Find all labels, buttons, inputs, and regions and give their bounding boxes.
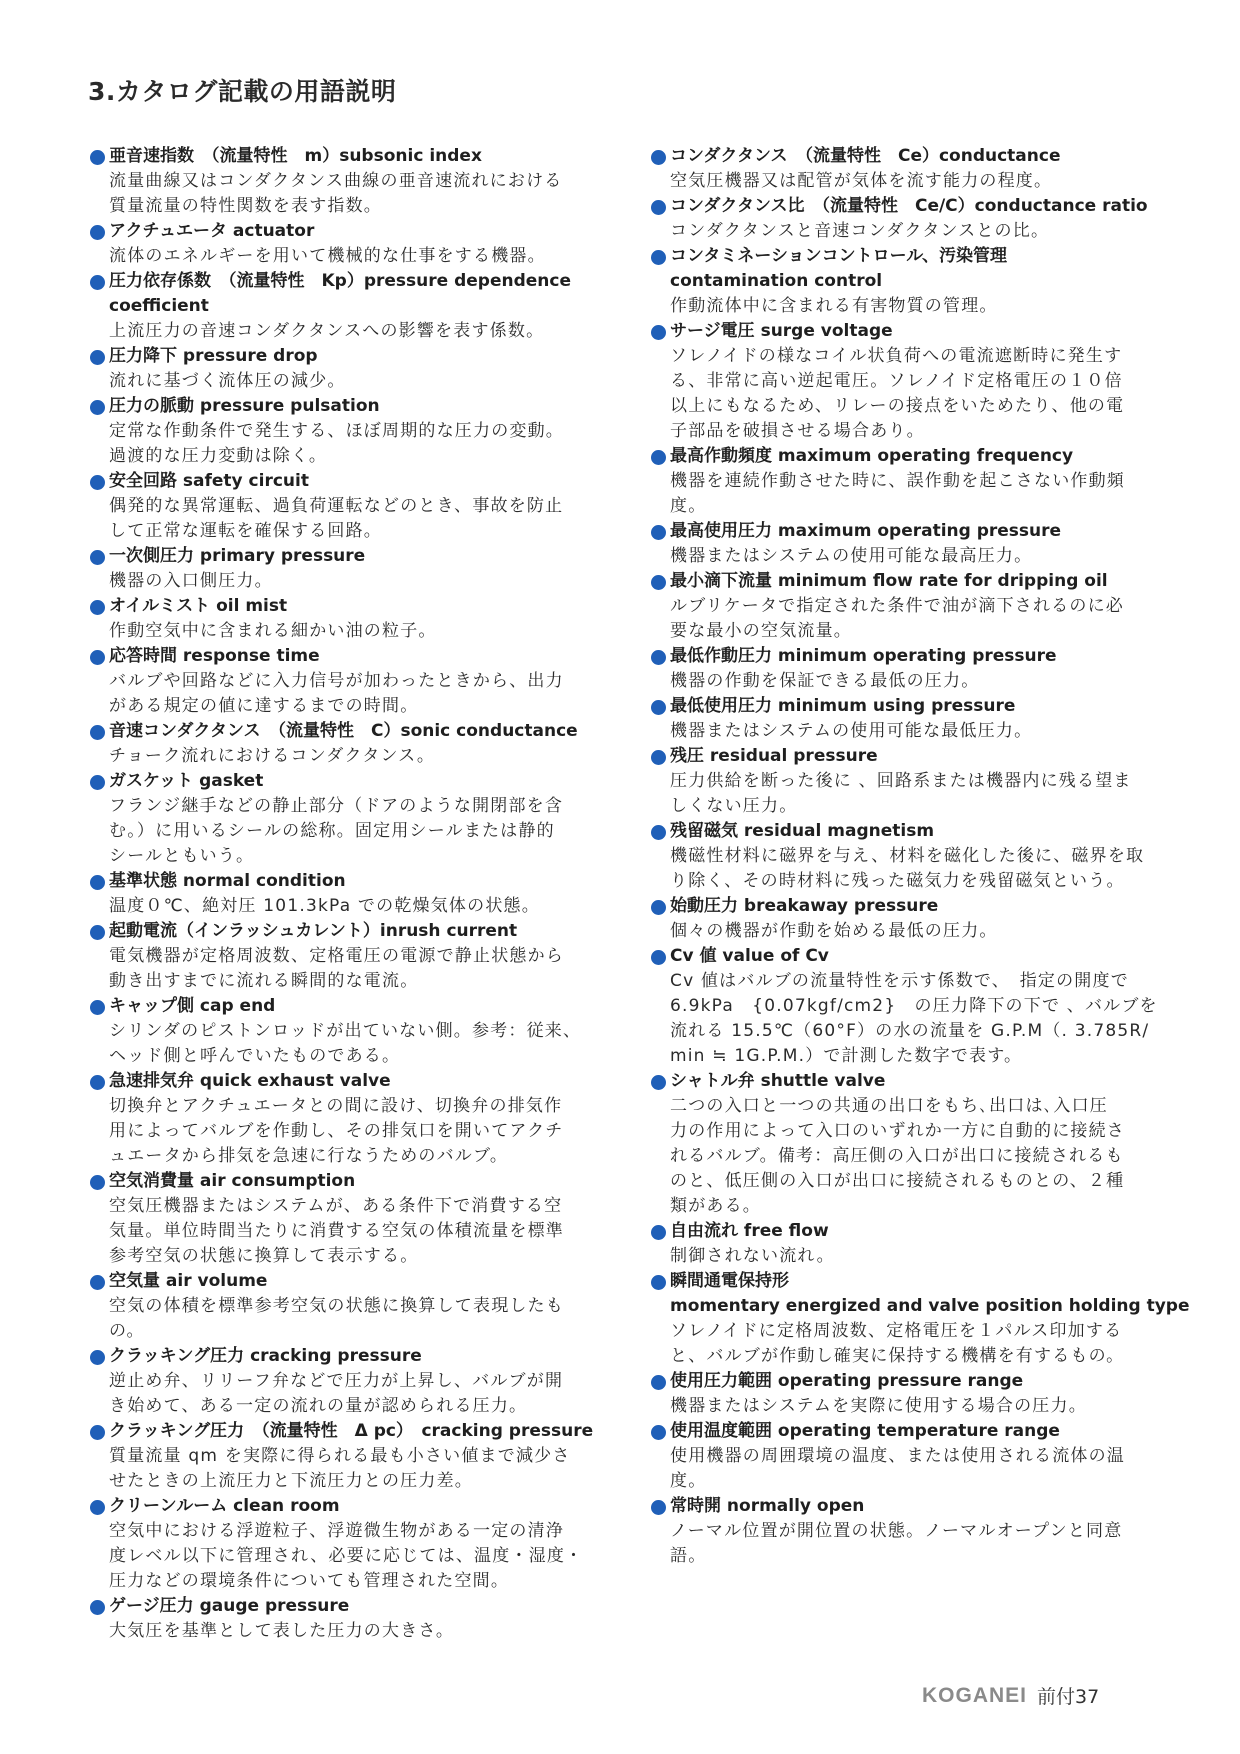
glossary-term: クリーンルーム clean room — [90, 1494, 610, 1519]
bullet-icon — [651, 1375, 666, 1390]
glossary-term: コンダクタンス比 （流量特性 Ce/C）conductance ratio — [651, 194, 1171, 219]
bullet-icon — [651, 325, 666, 340]
description-line: 切換弁とアクチュエータとの間に設け、切換弁の排気作 — [109, 1094, 610, 1119]
description-line: 質量流量の特性関数を表す指数。 — [109, 194, 610, 219]
description-line: 温度０℃、絶対圧 101.3kPa での乾燥気体の状態。 — [109, 894, 610, 919]
glossary-term: 起動電流（インラッシュカレント）inrush current — [90, 919, 610, 944]
glossary-entry: 使用圧力範囲 operating pressure range機器またはシステム… — [651, 1369, 1171, 1419]
term-label: 自由流れ free flow — [670, 1221, 829, 1241]
bullet-icon — [651, 200, 666, 215]
glossary-entry: キャップ側 cap endシリンダのピストンロッドが出ていない側。参考：従来、ヘ… — [90, 994, 610, 1069]
bullet-icon — [90, 475, 105, 490]
bullet-icon — [651, 525, 666, 540]
glossary-entry: コンダクタンス （流量特性 Ce）conductance空気圧機器又は配管が気体… — [651, 144, 1171, 194]
bullet-icon — [651, 1425, 666, 1440]
description-line: 作動流体中に含まれる有害物質の管理。 — [670, 294, 1171, 319]
term-label: 最低作動圧力 minimum operating pressure — [670, 646, 1057, 666]
description-line: 偶発的な異常運転、過負荷運転などのとき、事故を防止 — [109, 494, 610, 519]
glossary-description: 偶発的な異常運転、過負荷運転などのとき、事故を防止して正常な運転を確保する回路。 — [90, 494, 610, 544]
glossary-description: ルブリケータで指定された条件で油が滴下されるのに必要な最小の空気流量。 — [651, 594, 1171, 644]
glossary-entry: サージ電圧 surge voltageソレノイドの様なコイル状負荷への電流遮断時… — [651, 319, 1171, 444]
glossary-term: クラッキング圧力 cracking pressure — [90, 1344, 610, 1369]
term-label: オイルミスト oil mist — [109, 596, 287, 616]
description-line: 度。 — [670, 494, 1171, 519]
description-line: 質量流量 qm を実際に得られる最も小さい値まで減少さ — [109, 1444, 610, 1469]
description-line: 機器またはシステムの使用可能な最高圧力。 — [670, 544, 1171, 569]
description-line: ソレノイドの様なコイル状負荷への電流遮断時に発生す — [670, 344, 1171, 369]
bullet-icon — [651, 950, 666, 965]
bullet-icon — [651, 250, 666, 265]
glossary-description: 質量流量 qm を実際に得られる最も小さい値まで減少させたときの上流圧力と下流圧… — [90, 1444, 610, 1494]
glossary-term: 使用圧力範囲 operating pressure range — [651, 1369, 1171, 1394]
glossary-entry: 始動圧力 breakaway pressure個々の機器が作動を始める最低の圧力… — [651, 894, 1171, 944]
glossary-description: 空気圧機器又は配管が気体を流す能力の程度。 — [651, 169, 1171, 194]
bullet-icon — [90, 875, 105, 890]
glossary-description: 空気圧機器またはシステムが、ある条件下で消費する空気量。単位時間当たりに消費する… — [90, 1194, 610, 1269]
description-line: 気量。単位時間当たりに消費する空気の体積流量を標準 — [109, 1219, 610, 1244]
description-line: シリンダのピストンロッドが出ていない側。参考：従来、 — [109, 1019, 610, 1044]
bullet-icon — [90, 1425, 105, 1440]
bullet-icon — [651, 450, 666, 465]
glossary-term: シャトル弁 shuttle valve — [651, 1069, 1171, 1094]
glossary-entry: 圧力降下 pressure drop流れに基づく流体圧の減少。 — [90, 344, 610, 394]
description-line: 流量曲線又はコンダクタンス曲線の亜音速流れにおける — [109, 169, 610, 194]
glossary-term: 自由流れ free flow — [651, 1219, 1171, 1244]
glossary-description: 流体のエネルギーを用いて機械的な仕事をする機器。 — [90, 244, 610, 269]
glossary-entry: 残留磁気 residual magnetism機磁性材料に磁界を与え、材料を磁化… — [651, 819, 1171, 894]
glossary-description: ソレノイドに定格周波数、定格電圧を１パルス印加すると、バルブが作動し確実に保持す… — [651, 1319, 1171, 1369]
bullet-icon — [90, 725, 105, 740]
term-label: コンダクタンス比 （流量特性 Ce/C）conductance ratio — [670, 196, 1148, 216]
glossary-description: 空気の体積を標準参考空気の状態に換算して表現したもの。 — [90, 1294, 610, 1344]
page-title: 3.カタログ記載の用語説明 — [88, 72, 396, 108]
glossary-term: 安全回路 safety circuit — [90, 469, 610, 494]
term-label: クラッキング圧力 （流量特性 Δ pc） cracking pressure — [109, 1421, 593, 1441]
term-label: クリーンルーム clean room — [109, 1496, 340, 1516]
description-line: せたときの上流圧力と下流圧力との圧力差。 — [109, 1469, 610, 1494]
term-label: 基準状態 normal condition — [109, 871, 346, 891]
glossary-description: シリンダのピストンロッドが出ていない側。参考：従来、ヘッド側と呼んでいたものであ… — [90, 1019, 610, 1069]
description-line: のと、低圧側の入口が出口に接続されるものとの、２種 — [670, 1169, 1171, 1194]
term-label: 最高使用圧力 maximum operating pressure — [670, 521, 1061, 541]
bullet-icon — [651, 900, 666, 915]
glossary-entry: 起動電流（インラッシュカレント）inrush current電気機器が定格周波数… — [90, 919, 610, 994]
glossary-entry: 自由流れ free flow制御されない流れ。 — [651, 1219, 1171, 1269]
term-label: アクチュエータ actuator — [109, 221, 314, 241]
page-number: 前付37 — [1037, 1682, 1099, 1709]
description-line: チョーク流れにおけるコンダクタンス。 — [109, 744, 610, 769]
description-line: 参考空気の状態に換算して表示する。 — [109, 1244, 610, 1269]
description-line: 機器を連続作動させた時に、誤作動を起こさない作動頻 — [670, 469, 1171, 494]
bullet-icon — [651, 700, 666, 715]
description-line: 機器の入口側圧力。 — [109, 569, 610, 594]
term-label: 亜音速指数 （流量特性 m）subsonic index — [109, 146, 482, 166]
glossary-term: コンタミネーションコントロール、汚染管理 — [651, 244, 1171, 269]
glossary-entry: Cv 値 value of CvCv 値はバルブの流量特性を示す係数で、 指定の… — [651, 944, 1171, 1069]
glossary-entry: ガスケット gasketフランジ継手などの静止部分（ドアのような開閉部を含む。）… — [90, 769, 610, 869]
description-line: 空気圧機器又は配管が気体を流す能力の程度。 — [670, 169, 1171, 194]
description-line: コンダクタンスと音速コンダクタンスとの比。 — [670, 219, 1171, 244]
glossary-entry: 瞬間通電保持形momentary energized and valve pos… — [651, 1269, 1171, 1369]
description-line: シールともいう。 — [109, 844, 610, 869]
description-line: 空気圧機器またはシステムが、ある条件下で消費する空 — [109, 1194, 610, 1219]
glossary-description: 制御されない流れ。 — [651, 1244, 1171, 1269]
description-line: の。 — [109, 1319, 610, 1344]
glossary-description: 二つの入口と一つの共通の出口をもち､出口は､入口圧力の作用によって入口のいずれか… — [651, 1094, 1171, 1219]
bullet-icon — [90, 1275, 105, 1290]
term-label: 起動電流（インラッシュカレント）inrush current — [109, 921, 517, 941]
glossary-description: 上流圧力の音速コンダクタンスへの影響を表す係数。 — [90, 319, 610, 344]
description-line: 用によってバルブを作動し、その排気口を開いてアクチ — [109, 1119, 610, 1144]
bullet-icon — [651, 825, 666, 840]
description-line: 大気圧を基準として表した圧力の大きさ。 — [109, 1619, 610, 1644]
description-line: る、非常に高い逆起電圧。ソレノイド定格電圧の１０倍 — [670, 369, 1171, 394]
glossary-description: 機器またはシステムの使用可能な最高圧力。 — [651, 544, 1171, 569]
glossary-entry: 安全回路 safety circuit偶発的な異常運転、過負荷運転などのとき、事… — [90, 469, 610, 544]
description-line: して正常な運転を確保する回路。 — [109, 519, 610, 544]
description-line: 逆止め弁、リリーフ弁などで圧力が上昇し、バルブが開 — [109, 1369, 610, 1394]
term-label: 一次側圧力 primary pressure — [109, 546, 365, 566]
glossary-term: 応答時間 response time — [90, 644, 610, 669]
description-line: 作動空気中に含まれる細かい油の粒子。 — [109, 619, 610, 644]
glossary-entry: 最低作動圧力 minimum operating pressure機器の作動を保… — [651, 644, 1171, 694]
glossary-description: Cv 値はバルブの流量特性を示す係数で、 指定の開度で6.9kPa {0.07k… — [651, 969, 1171, 1069]
term-label: 圧力依存係数 （流量特性 Kp）pressure dependence — [109, 271, 571, 291]
glossary-entry: 空気量 air volume空気の体積を標準参考空気の状態に換算して表現したもの… — [90, 1269, 610, 1344]
koganei-logo: KOGANEI — [922, 1684, 1027, 1708]
glossary-description: 電気機器が定格周波数、定格電圧の電源で静止状態から動き出すまでに流れる瞬間的な電… — [90, 944, 610, 994]
term-label: 圧力の脈動 pressure pulsation — [109, 396, 380, 416]
term-label: 安全回路 safety circuit — [109, 471, 309, 491]
glossary-right-column: コンダクタンス （流量特性 Ce）conductance空気圧機器又は配管が気体… — [651, 144, 1171, 1569]
bullet-icon — [90, 1175, 105, 1190]
glossary-term: クラッキング圧力 （流量特性 Δ pc） cracking pressure — [90, 1419, 610, 1444]
glossary-entry: 急速排気弁 quick exhaust valve切換弁とアクチュエータとの間に… — [90, 1069, 610, 1169]
bullet-icon — [651, 1075, 666, 1090]
term-label: 残圧 residual pressure — [670, 746, 878, 766]
glossary-description: 機器またはシステムを実際に使用する場合の圧力。 — [651, 1394, 1171, 1419]
glossary-entry: 最高使用圧力 maximum operating pressure機器またはシス… — [651, 519, 1171, 569]
description-line: 度。 — [670, 1469, 1171, 1494]
description-line: 上流圧力の音速コンダクタンスへの影響を表す係数。 — [109, 319, 610, 344]
glossary-description: 使用機器の周囲環境の温度、または使用される流体の温度。 — [651, 1444, 1171, 1494]
glossary-term: 最高作動頻度 maximum operating frequency — [651, 444, 1171, 469]
glossary-description: 機器を連続作動させた時に、誤作動を起こさない作動頻度。 — [651, 469, 1171, 519]
bullet-icon — [90, 1600, 105, 1615]
description-line: 機磁性材料に磁界を与え、材料を磁化した後に、磁界を取 — [670, 844, 1171, 869]
glossary-term: 圧力降下 pressure drop — [90, 344, 610, 369]
term-label: 最小滴下流量 minimum flow rate for dripping oi… — [670, 571, 1108, 591]
term-label: ゲージ圧力 gauge pressure — [109, 1596, 349, 1616]
term-label: サージ電圧 surge voltage — [670, 321, 893, 341]
description-line: 力の作用によって入口のいずれか一方に自動的に接続さ — [670, 1119, 1171, 1144]
term-label: 瞬間通電保持形 — [670, 1271, 789, 1291]
bullet-icon — [651, 750, 666, 765]
glossary-term: コンダクタンス （流量特性 Ce）conductance — [651, 144, 1171, 169]
description-line: 定常な作動条件で発生する、ほぼ周期的な圧力の変動。 — [109, 419, 610, 444]
description-line: り除く、その時材料に残った磁気力を残留磁気という。 — [670, 869, 1171, 894]
glossary-description: コンダクタンスと音速コンダクタンスとの比。 — [651, 219, 1171, 244]
bullet-icon — [651, 575, 666, 590]
term-label: Cv 値 value of Cv — [670, 946, 829, 966]
bullet-icon — [90, 150, 105, 165]
glossary-term: 最低使用圧力 minimum using pressure — [651, 694, 1171, 719]
glossary-term: サージ電圧 surge voltage — [651, 319, 1171, 344]
term-label: 最低使用圧力 minimum using pressure — [670, 696, 1015, 716]
glossary-entry: コンタミネーションコントロール、汚染管理contamination contro… — [651, 244, 1171, 319]
description-line: れるバルブ。備考：高圧側の入口が出口に接続されるも — [670, 1144, 1171, 1169]
description-line: Cv 値はバルブの流量特性を示す係数で、 指定の開度で — [670, 969, 1171, 994]
glossary-entry: 亜音速指数 （流量特性 m）subsonic index流量曲線又はコンダクタン… — [90, 144, 610, 219]
description-line: ュエータから排気を急速に行なうためのバルブ。 — [109, 1144, 610, 1169]
glossary-description: 機器の作動を保証できる最低の圧力。 — [651, 669, 1171, 694]
description-line: がある規定の値に達するまでの時間。 — [109, 694, 610, 719]
glossary-description: ソレノイドの様なコイル状負荷への電流遮断時に発生する、非常に高い逆起電圧。ソレノ… — [651, 344, 1171, 444]
glossary-entry: 最低使用圧力 minimum using pressure機器またはシステムの使… — [651, 694, 1171, 744]
glossary-term: 急速排気弁 quick exhaust valve — [90, 1069, 610, 1094]
glossary-description: 温度０℃、絶対圧 101.3kPa での乾燥気体の状態。 — [90, 894, 610, 919]
glossary-term: 圧力の脈動 pressure pulsation — [90, 394, 610, 419]
glossary-description: 切換弁とアクチュエータとの間に設け、切換弁の排気作用によってバルブを作動し、その… — [90, 1094, 610, 1169]
bullet-icon — [90, 275, 105, 290]
description-line: き始めて、ある一定の流れの量が認められる圧力。 — [109, 1394, 610, 1419]
description-line: 機器またはシステムの使用可能な最低圧力。 — [670, 719, 1171, 744]
description-line: 個々の機器が作動を始める最低の圧力。 — [670, 919, 1171, 944]
glossary-term: 空気消費量 air consumption — [90, 1169, 610, 1194]
bullet-icon — [90, 1350, 105, 1365]
description-line: min ≒ 1G.P.M.）で計測した数字で表す。 — [670, 1044, 1171, 1069]
glossary-term: 最高使用圧力 maximum operating pressure — [651, 519, 1171, 544]
glossary-description: 個々の機器が作動を始める最低の圧力。 — [651, 919, 1171, 944]
glossary-entry: コンダクタンス比 （流量特性 Ce/C）conductance ratioコンダ… — [651, 194, 1171, 244]
bullet-icon — [90, 1000, 105, 1015]
glossary-description: 定常な作動条件で発生する、ほぼ周期的な圧力の変動。過渡的な圧力変動は除く。 — [90, 419, 610, 469]
description-line: 6.9kPa {0.07kgf/cm2} の圧力降下の下で 、バルブを — [670, 994, 1171, 1019]
bullet-icon — [651, 1500, 666, 1515]
glossary-term: 始動圧力 breakaway pressure — [651, 894, 1171, 919]
description-line: 空気の体積を標準参考空気の状態に換算して表現したも — [109, 1294, 610, 1319]
glossary-term: 最低作動圧力 minimum operating pressure — [651, 644, 1171, 669]
bullet-icon — [90, 225, 105, 240]
term-label: 残留磁気 residual magnetism — [670, 821, 934, 841]
description-line: 流れに基づく流体圧の減少。 — [109, 369, 610, 394]
bullet-icon — [651, 650, 666, 665]
glossary-entry: シャトル弁 shuttle valve二つの入口と一つの共通の出口をもち､出口は… — [651, 1069, 1171, 1219]
description-line: む。）に用いるシールの総称。固定用シールまたは静的 — [109, 819, 610, 844]
description-line: 電気機器が定格周波数、定格電圧の電源で静止状態から — [109, 944, 610, 969]
term-label: 急速排気弁 quick exhaust valve — [109, 1071, 391, 1091]
term-label: 空気消費量 air consumption — [109, 1171, 355, 1191]
term-label: キャップ側 cap end — [109, 996, 275, 1016]
glossary-description: 機磁性材料に磁界を与え、材料を磁化した後に、磁界を取り除く、その時材料に残った磁… — [651, 844, 1171, 894]
description-line: ソレノイドに定格周波数、定格電圧を１パルス印加する — [670, 1319, 1171, 1344]
glossary-entry: 圧力の脈動 pressure pulsation定常な作動条件で発生する、ほぼ周… — [90, 394, 610, 469]
description-line: ルブリケータで指定された条件で油が滴下されるのに必 — [670, 594, 1171, 619]
description-line: 使用機器の周囲環境の温度、または使用される流体の温 — [670, 1444, 1171, 1469]
page-footer: KOGANEI 前付37 — [922, 1682, 1099, 1709]
description-line: 流れる 15.5℃（60°F）の水の流量を G.P.M（. 3.785R/ — [670, 1019, 1171, 1044]
description-line: 二つの入口と一つの共通の出口をもち､出口は､入口圧 — [670, 1094, 1171, 1119]
glossary-entry: 空気消費量 air consumption空気圧機器またはシステムが、ある条件下… — [90, 1169, 610, 1269]
glossary-term-continued: coefficient — [90, 294, 610, 319]
description-line: ノーマル位置が開位置の状態。ノーマルオープンと同意 — [670, 1519, 1171, 1544]
glossary-term-continued: contamination control — [651, 269, 1171, 294]
glossary-description: バルブや回路などに入力信号が加わったときから、出力がある規定の値に達するまでの時… — [90, 669, 610, 719]
description-line: 流体のエネルギーを用いて機械的な仕事をする機器。 — [109, 244, 610, 269]
glossary-entry: 最高作動頻度 maximum operating frequency機器を連続作… — [651, 444, 1171, 519]
description-line: 類がある。 — [670, 1194, 1171, 1219]
description-line: 要な最小の空気流量。 — [670, 619, 1171, 644]
glossary-term: 基準状態 normal condition — [90, 869, 610, 894]
glossary-entry: 応答時間 response timeバルブや回路などに入力信号が加わったときから… — [90, 644, 610, 719]
bullet-icon — [651, 1275, 666, 1290]
glossary-description: 空気中における浮遊粒子、浮遊微生物がある一定の清浄度レベル以下に管理され、必要に… — [90, 1519, 610, 1594]
glossary-term-continued: momentary energized and valve position h… — [651, 1294, 1171, 1319]
description-line: バルブや回路などに入力信号が加わったときから、出力 — [109, 669, 610, 694]
description-line: 圧力供給を断った後に 、回路系または機器内に残る望ま — [670, 769, 1171, 794]
bullet-icon — [90, 1500, 105, 1515]
glossary-term: 瞬間通電保持形 — [651, 1269, 1171, 1294]
glossary-description: ノーマル位置が開位置の状態。ノーマルオープンと同意語。 — [651, 1519, 1171, 1569]
glossary-description: 流れに基づく流体圧の減少。 — [90, 369, 610, 394]
glossary-term: 一次側圧力 primary pressure — [90, 544, 610, 569]
glossary-term: 最小滴下流量 minimum flow rate for dripping oi… — [651, 569, 1171, 594]
glossary-entry: オイルミスト oil mist作動空気中に含まれる細かい油の粒子。 — [90, 594, 610, 644]
bullet-icon — [90, 400, 105, 415]
term-label: 応答時間 response time — [109, 646, 320, 666]
bullet-icon — [90, 775, 105, 790]
glossary-entry: 基準状態 normal condition温度０℃、絶対圧 101.3kPa で… — [90, 869, 610, 919]
bullet-icon — [651, 1225, 666, 1240]
glossary-entry: 一次側圧力 primary pressure機器の入口側圧力。 — [90, 544, 610, 594]
glossary-entry: 常時開 normally openノーマル位置が開位置の状態。ノーマルオープンと… — [651, 1494, 1171, 1569]
bullet-icon — [90, 550, 105, 565]
bullet-icon — [90, 350, 105, 365]
glossary-entry: 音速コンダクタンス （流量特性 C）sonic conductanceチョーク流… — [90, 719, 610, 769]
glossary-term: 音速コンダクタンス （流量特性 C）sonic conductance — [90, 719, 610, 744]
glossary-description: 大気圧を基準として表した圧力の大きさ。 — [90, 1619, 610, 1644]
glossary-description: フランジ継手などの静止部分（ドアのような開閉部を含む。）に用いるシールの総称。固… — [90, 794, 610, 869]
glossary-term: アクチュエータ actuator — [90, 219, 610, 244]
glossary-description: 作動空気中に含まれる細かい油の粒子。 — [90, 619, 610, 644]
glossary-description: 流量曲線又はコンダクタンス曲線の亜音速流れにおける質量流量の特性関数を表す指数。 — [90, 169, 610, 219]
bullet-icon — [90, 925, 105, 940]
description-line: 度レベル以下に管理され、必要に応じては、温度・湿度・ — [109, 1544, 610, 1569]
glossary-term: 空気量 air volume — [90, 1269, 610, 1294]
glossary-term: 常時開 normally open — [651, 1494, 1171, 1519]
term-label: コンタミネーションコントロール、汚染管理 — [670, 246, 1007, 266]
description-line: ヘッド側と呼んでいたものである。 — [109, 1044, 610, 1069]
glossary-entry: 最小滴下流量 minimum flow rate for dripping oi… — [651, 569, 1171, 644]
glossary-term: オイルミスト oil mist — [90, 594, 610, 619]
glossary-term: キャップ側 cap end — [90, 994, 610, 1019]
description-line: 動き出すまでに流れる瞬間的な電流。 — [109, 969, 610, 994]
glossary-description: 圧力供給を断った後に 、回路系または機器内に残る望ましくない圧力。 — [651, 769, 1171, 819]
glossary-entry: 使用温度範囲 operating temperature range使用機器の周… — [651, 1419, 1171, 1494]
term-label: 始動圧力 breakaway pressure — [670, 896, 938, 916]
glossary-description: 作動流体中に含まれる有害物質の管理。 — [651, 294, 1171, 319]
term-label: 音速コンダクタンス （流量特性 C）sonic conductance — [109, 721, 578, 741]
bullet-icon — [90, 650, 105, 665]
glossary-entry: クラッキング圧力 cracking pressure逆止め弁、リリーフ弁などで圧… — [90, 1344, 610, 1419]
term-label: コンダクタンス （流量特性 Ce）conductance — [670, 146, 1061, 166]
description-line: 子部品を破損させる場合あり。 — [670, 419, 1171, 444]
glossary-description: 機器の入口側圧力。 — [90, 569, 610, 594]
glossary-entry: クラッキング圧力 （流量特性 Δ pc） cracking pressure質量… — [90, 1419, 610, 1494]
description-line: 制御されない流れ。 — [670, 1244, 1171, 1269]
glossary-entry: 残圧 residual pressure圧力供給を断った後に 、回路系または機器… — [651, 744, 1171, 819]
glossary-term: 残圧 residual pressure — [651, 744, 1171, 769]
bullet-icon — [90, 600, 105, 615]
glossary-description: チョーク流れにおけるコンダクタンス。 — [90, 744, 610, 769]
term-label: 圧力降下 pressure drop — [109, 346, 318, 366]
bullet-icon — [651, 150, 666, 165]
glossary-term: Cv 値 value of Cv — [651, 944, 1171, 969]
glossary-entry: アクチュエータ actuator流体のエネルギーを用いて機械的な仕事をする機器。 — [90, 219, 610, 269]
bullet-icon — [90, 1075, 105, 1090]
glossary-description: 機器またはシステムの使用可能な最低圧力。 — [651, 719, 1171, 744]
term-label: 最高作動頻度 maximum operating frequency — [670, 446, 1073, 466]
glossary-entry: ゲージ圧力 gauge pressure大気圧を基準として表した圧力の大きさ。 — [90, 1594, 610, 1644]
description-line: 機器またはシステムを実際に使用する場合の圧力。 — [670, 1394, 1171, 1419]
term-label: ガスケット gasket — [109, 771, 263, 791]
glossary-term: 残留磁気 residual magnetism — [651, 819, 1171, 844]
glossary-term: 亜音速指数 （流量特性 m）subsonic index — [90, 144, 610, 169]
term-label: クラッキング圧力 cracking pressure — [109, 1346, 422, 1366]
description-line: 圧力などの環境条件についても管理された空間。 — [109, 1569, 610, 1594]
description-line: 過渡的な圧力変動は除く。 — [109, 444, 610, 469]
description-line: フランジ継手などの静止部分（ドアのような開閉部を含 — [109, 794, 610, 819]
description-line: 空気中における浮遊粒子、浮遊微生物がある一定の清浄 — [109, 1519, 610, 1544]
description-line: 以上にもなるため、リレーの接点をいためたり、他の電 — [670, 394, 1171, 419]
description-line: 語。 — [670, 1544, 1171, 1569]
description-line: と、バルブが作動し確実に保持する機構を有するもの。 — [670, 1344, 1171, 1369]
term-label: 使用温度範囲 operating temperature range — [670, 1421, 1060, 1441]
glossary-left-column: 亜音速指数 （流量特性 m）subsonic index流量曲線又はコンダクタン… — [90, 144, 610, 1644]
term-label: 常時開 normally open — [670, 1496, 864, 1516]
term-label: 使用圧力範囲 operating pressure range — [670, 1371, 1023, 1391]
glossary-term: 使用温度範囲 operating temperature range — [651, 1419, 1171, 1444]
description-line: しくない圧力。 — [670, 794, 1171, 819]
glossary-term: 圧力依存係数 （流量特性 Kp）pressure dependence — [90, 269, 610, 294]
term-label: シャトル弁 shuttle valve — [670, 1071, 885, 1091]
glossary-term: ゲージ圧力 gauge pressure — [90, 1594, 610, 1619]
glossary-entry: 圧力依存係数 （流量特性 Kp）pressure dependencecoeff… — [90, 269, 610, 344]
glossary-entry: クリーンルーム clean room空気中における浮遊粒子、浮遊微生物がある一定… — [90, 1494, 610, 1594]
description-line: 機器の作動を保証できる最低の圧力。 — [670, 669, 1171, 694]
glossary-term: ガスケット gasket — [90, 769, 610, 794]
term-label: 空気量 air volume — [109, 1271, 267, 1291]
glossary-description: 逆止め弁、リリーフ弁などで圧力が上昇し、バルブが開き始めて、ある一定の流れの量が… — [90, 1369, 610, 1419]
